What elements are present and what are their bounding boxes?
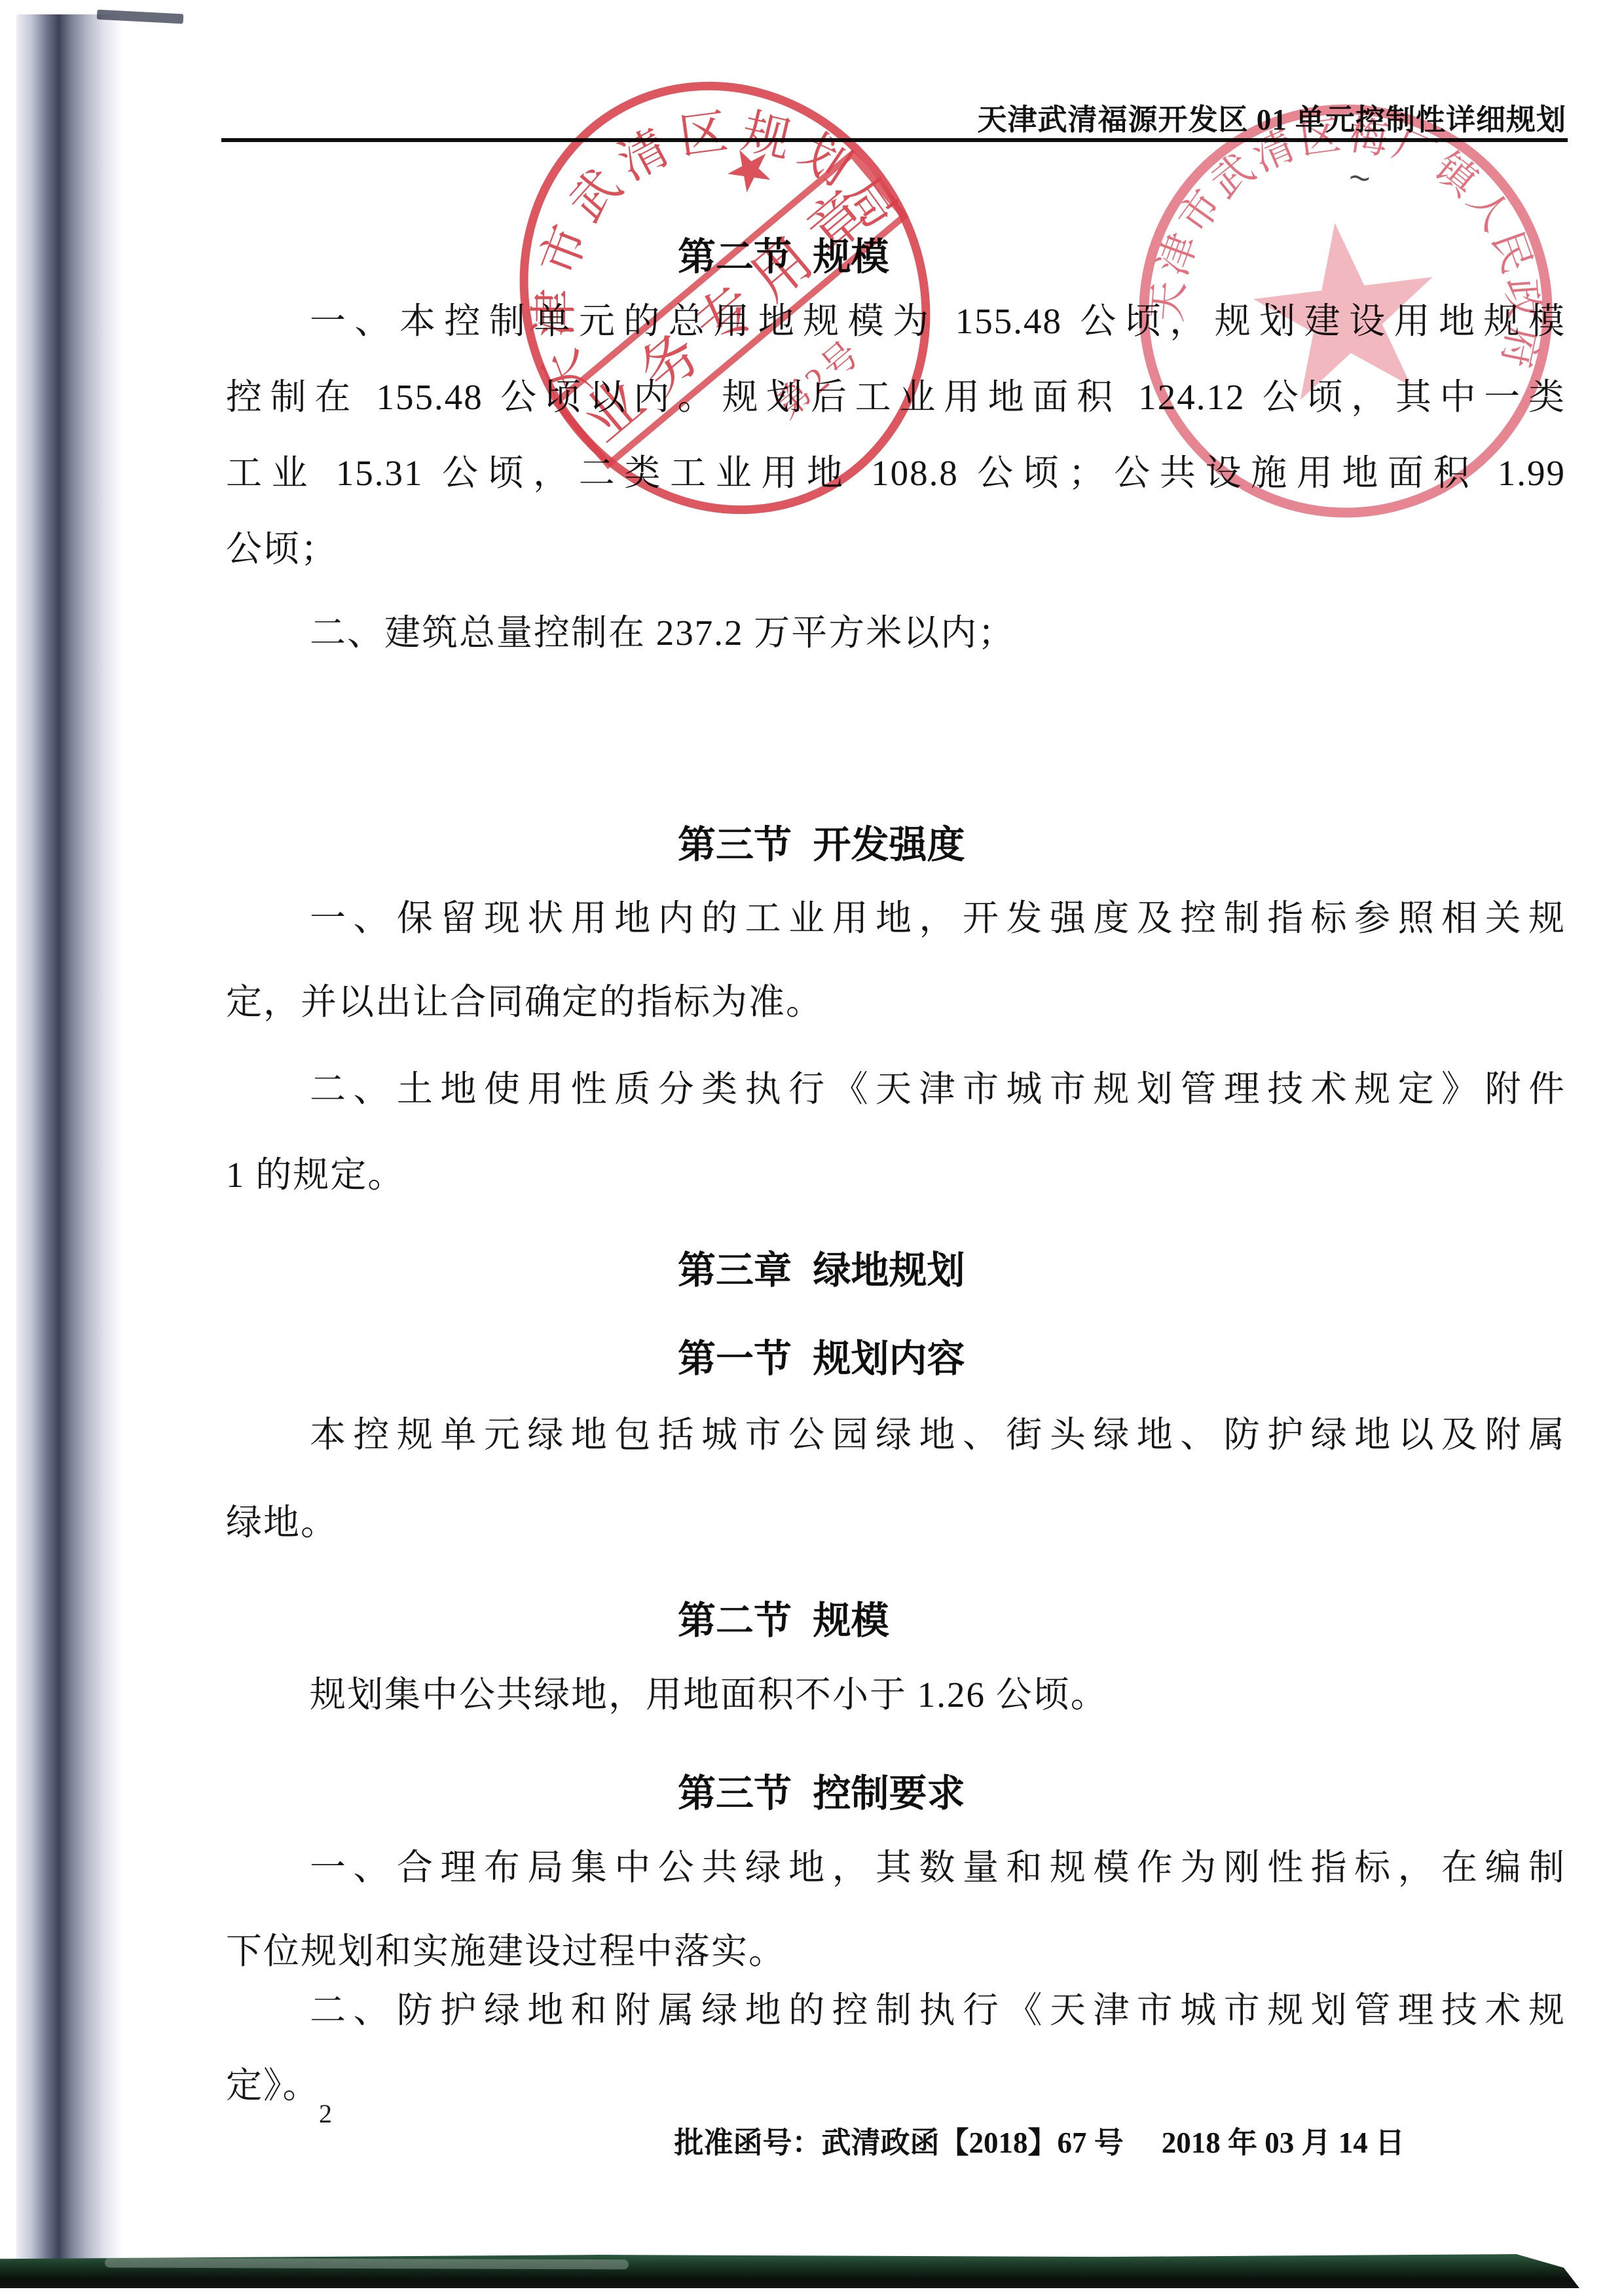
paragraph-line: 1 的规定。: [226, 1155, 1566, 1195]
section-heading: 第一节 规划内容: [678, 1328, 965, 1383]
star-icon: ★: [1225, 171, 1467, 456]
paragraph-line: 本控规单元绿地包括城市公园绿地、街头绿地、防护绿地以及附属: [226, 1415, 1566, 1455]
section-heading: 第二节 规模: [678, 1590, 889, 1645]
section-heading: 第三节 开发强度: [678, 814, 965, 869]
stamp-seal-number: 第2号: [767, 332, 870, 426]
stamp-banner-text: 业务专用章: [572, 170, 893, 454]
paragraph-line: 定，并以出让合同确定的指标为准。: [226, 982, 1566, 1023]
official-stamp-town-government: 天津市武清区梅厂镇人民政府 ★: [1120, 82, 1572, 540]
approval-date: 2018 年 03 月 14 日: [1162, 2126, 1405, 2159]
scanned-document-page: { "header": { "title": "天津武清福源开发区 01 单元控…: [0, 0, 1624, 2296]
chapter-heading: 第三章 绿地规划: [678, 1239, 965, 1294]
paragraph-line: 二、土地使用性质分类执行《天津市城市规划管理技术规定》附件: [226, 1069, 1566, 1110]
book-spine-shadow: [16, 14, 122, 2260]
approval-number: 批准函号：武清政函【2018】67 号: [674, 2126, 1123, 2159]
paragraph-line: 一、保留现状用地内的工业用地，开发强度及控制指标参照相关规: [226, 898, 1566, 939]
paragraph-line: 二、建筑总量控制在 237.2 万平方米以内；: [226, 613, 1566, 653]
section-heading: 第三节 控制要求: [678, 1762, 965, 1817]
paragraph-line: 定》。: [226, 2066, 1566, 2106]
paragraph-line: 二、防护绿地和附属绿地的控制执行《天津市城市规划管理技术规: [226, 1990, 1566, 2031]
paragraph-line: 一、合理布局集中公共绿地，其数量和规模作为刚性指标，在编制: [226, 1848, 1566, 1888]
book-edge-highlight: [105, 2258, 629, 2270]
paragraph-line: 规划集中公共绿地，用地面积不小于 1.26 公顷。: [226, 1675, 1566, 1715]
official-stamp-planning-bureau: 天津市武清区规划局 ★ 业务专用章 第2号: [512, 52, 938, 534]
paragraph-line: 下位规划和实施建设过程中落实。: [226, 1931, 1566, 1972]
paragraph-line: 绿地。: [226, 1503, 1566, 1543]
approval-footer: 批准函号：武清政函【2018】67 号2018 年 03 月 14 日: [226, 2119, 1405, 2161]
